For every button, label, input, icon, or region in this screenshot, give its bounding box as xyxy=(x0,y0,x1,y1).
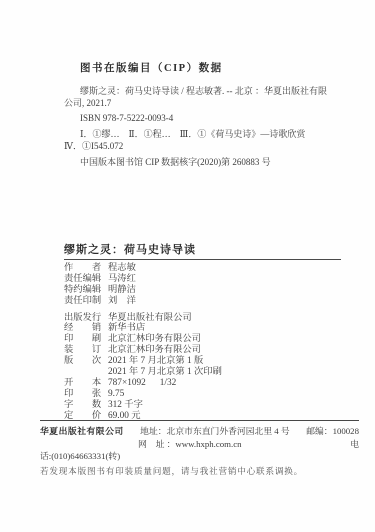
cip-header: 图书在版编目（CIP）数据 xyxy=(80,63,359,75)
phone-label-head: 电 xyxy=(350,438,359,451)
colophon-row-print-supervisor: 责任印制刘 洋 xyxy=(64,296,341,307)
footer-line2: 网 址 ：www.hxph.com.cn 电 xyxy=(40,438,359,451)
row-label: 责任编辑 xyxy=(64,274,108,285)
colophon-row-edition-printing: 2021 年 7 月北京第 1 次印刷 xyxy=(64,367,341,378)
cip-entry-line1: 缪斯之灵：荷马史诗导读 / 程志敏著. -- 北京 ：华夏出版社有限 xyxy=(64,85,359,97)
cip-data-block: 图书在版编目（CIP）数据 缪斯之灵：荷马史诗导读 / 程志敏著. -- 北京 … xyxy=(64,63,359,168)
publisher-website: 网 址 ：www.hxph.com.cn xyxy=(138,438,242,451)
book-copyright-page: 图书在版编目（CIP）数据 缪斯之灵：荷马史诗导读 / 程志敏著. -- 北京 … xyxy=(0,0,375,532)
row-value: 9.75 xyxy=(108,389,124,399)
colophon-row-publisher: 出版发行华夏出版社有限公司 xyxy=(64,313,341,324)
row-value: 程志敏 xyxy=(108,263,136,273)
publisher-address: 地址：北京市东直门外香河园北里 4 号 xyxy=(140,425,290,438)
row-label: 印 张 xyxy=(64,389,108,400)
colophon-row-author: 作 者程志敏 xyxy=(64,263,341,274)
row-value: 787×1092 1/32 xyxy=(108,378,176,388)
cip-record-number: 中国版本图书馆 CIP 数据核字(2020)第 260883 号 xyxy=(64,156,359,168)
row-label: 出版发行 xyxy=(64,313,108,324)
row-value: 华夏出版社有限公司 xyxy=(108,313,192,323)
colophon-block: 缪斯之灵：荷马史诗导读 作 者程志敏 责任编辑马涛红 特约编辑明静洁 责任印制刘… xyxy=(64,245,341,421)
publisher-footer: 华夏出版社有限公司 地址：北京市东直门外香河园北里 4 号 邮编：100028 … xyxy=(40,420,359,478)
row-label: 字 数 xyxy=(64,400,108,411)
row-value: 2021 年 7 月北京第 1 次印刷 xyxy=(108,367,222,377)
colophon-row-binder: 装 订北京汇林印务有限公司 xyxy=(64,345,341,356)
row-value: 312 千字 xyxy=(108,400,143,410)
row-label: 经 销 xyxy=(64,323,108,334)
colophon-row-edition: 版 次2021 年 7 月北京第 1 版 xyxy=(64,356,341,367)
row-label: 作 者 xyxy=(64,263,108,274)
colophon-row-sheets: 印 张9.75 xyxy=(64,389,341,400)
colophon-row-special-editor: 特约编辑明静洁 xyxy=(64,285,341,296)
postal-code: 邮编：100028 xyxy=(306,425,359,438)
colophon-row-format: 开 本787×1092 1/32 xyxy=(64,378,341,389)
quality-notice: 若发现本版图书有印装质量问题，请与我社营销中心联系调换。 xyxy=(40,465,359,478)
row-value: 2021 年 7 月北京第 1 版 xyxy=(108,356,203,366)
cip-classification-line2: Ⅳ．①I545.072 xyxy=(64,140,359,152)
isbn: ISBN 978-7-5222-0093-4 xyxy=(64,112,359,124)
row-label: 印 刷 xyxy=(64,334,108,345)
colophon-row-distributor: 经 销新华书店 xyxy=(64,323,341,334)
row-value: 北京汇林印务有限公司 xyxy=(108,334,201,344)
row-value: 明静洁 xyxy=(108,285,136,295)
publisher-name: 华夏出版社有限公司 xyxy=(40,425,124,438)
colophon-row-wordcount: 字 数312 千字 xyxy=(64,400,341,411)
row-label: 特约编辑 xyxy=(64,285,108,296)
book-title: 缪斯之灵：荷马史诗导读 xyxy=(64,245,341,256)
cip-entry-line2: 公司, 2021.7 xyxy=(64,97,359,109)
publisher-phone: 话:(010)64663331(转) xyxy=(40,450,359,463)
row-value: 刘 洋 xyxy=(108,296,136,306)
row-label: 责任印制 xyxy=(64,296,108,307)
cip-classification-line1: Ⅰ．①缪… Ⅱ．①程… Ⅲ．①《荷马史诗》—诗歌欣赏 xyxy=(64,128,359,140)
row-label: 版 次 xyxy=(64,356,108,367)
title-divider xyxy=(64,259,341,260)
row-label: 装 订 xyxy=(64,345,108,356)
row-value: 新华书店 xyxy=(108,323,145,333)
row-label: 开 本 xyxy=(64,378,108,389)
row-value: 马涛红 xyxy=(108,274,136,284)
colophon-row-printer: 印 刷北京汇林印务有限公司 xyxy=(64,334,341,345)
row-value: 北京汇林印务有限公司 xyxy=(108,345,201,355)
colophon-row-editor: 责任编辑马涛红 xyxy=(64,274,341,285)
footer-line1: 华夏出版社有限公司 地址：北京市东直门外香河园北里 4 号 邮编：100028 xyxy=(40,425,359,438)
